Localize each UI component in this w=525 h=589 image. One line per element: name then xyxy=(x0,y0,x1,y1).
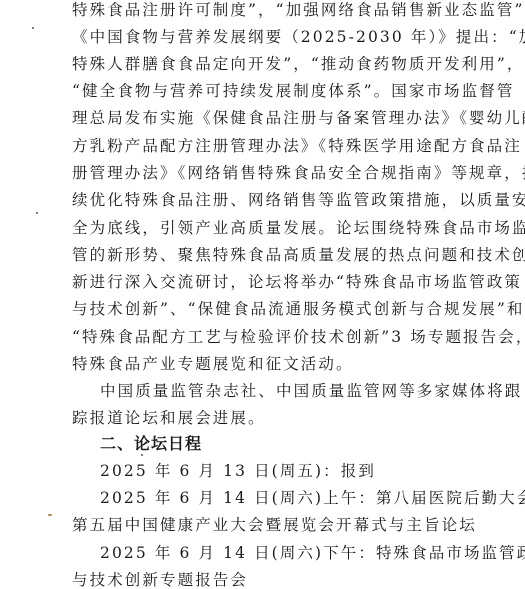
schedule-item: 2025 年 6 月 14 日(周六)下午：特殊食品市场监管政策 xyxy=(100,543,434,563)
scan-speck xyxy=(141,454,143,456)
schedule-item-continuation: 第五届中国健康产业大会暨展览会开幕式与主旨论坛 xyxy=(72,515,434,535)
paragraph-line: “健全食物与营养可持续发展制度体系”。国家市场监督管 xyxy=(72,81,434,101)
paragraph-line: 理总局发布实施《保健食品注册与备案管理办法》《婴幼儿配 xyxy=(72,108,434,128)
paragraph-line: 特殊人群膳食食品定向开发”，“推动食药物质开发利用”， xyxy=(72,54,434,74)
section-heading: 二、论坛日程 xyxy=(100,434,202,454)
paragraph-line: 续优化特殊食品注册、网络销售等监管政策措施，以质量安 xyxy=(72,190,434,210)
schedule-item: 2025 年 6 月 14 日(周六)上午：第八届医院后勤大会、 xyxy=(100,488,434,508)
paragraph-line: 新进行深入交流研讨，论坛将举办“特殊食品市场监管政策 xyxy=(72,272,434,292)
scan-speck xyxy=(32,27,34,29)
paragraph-line: 特殊食品产业专题展览和征文活动。 xyxy=(72,354,434,374)
paragraph-line: 管的新形势、聚焦特殊食品高质量发展的热点问题和技术创 xyxy=(72,245,434,265)
paragraph-line: 特殊食品注册许可制度”，“加强网络食品销售新业态监管”。 xyxy=(72,0,434,20)
paragraph-line: 中国质量监管杂志社、中国质量监管网等多家媒体将跟 xyxy=(100,381,434,401)
paragraph-line: 与技术创新”、“保健食品流通服务模式创新与合规发展”和 xyxy=(72,299,434,319)
paragraph-line: “特殊食品配方工艺与检验评价技术创新”3 场专题报告会， xyxy=(72,327,434,347)
paragraph-line: 《中国食物与营养发展纲要（2025-2030 年）》提出：“加快 xyxy=(72,27,434,47)
schedule-item-continuation: 与技术创新专题报告会 xyxy=(72,570,434,589)
document-page: 特殊食品注册许可制度”，“加强网络食品销售新业态监管”。 《中国食物与营养发展纲… xyxy=(0,0,525,589)
paragraph-line: 踪报道论坛和展会进展。 xyxy=(72,408,434,428)
paragraph-line: 方乳粉产品配方注册管理办法》《特殊医学用途配方食品注 xyxy=(72,136,434,156)
paragraph-line: 册管理办法》《网络销售特殊食品安全合规指南》等规章，持 xyxy=(72,163,434,183)
scan-speck xyxy=(48,514,52,516)
schedule-item: 2025 年 6 月 13 日(周五)：报到 xyxy=(100,461,434,481)
paragraph-line: 全为底线，引领产业高质量发展。论坛围绕特殊食品市场监 xyxy=(72,218,434,238)
scan-speck xyxy=(36,212,38,214)
